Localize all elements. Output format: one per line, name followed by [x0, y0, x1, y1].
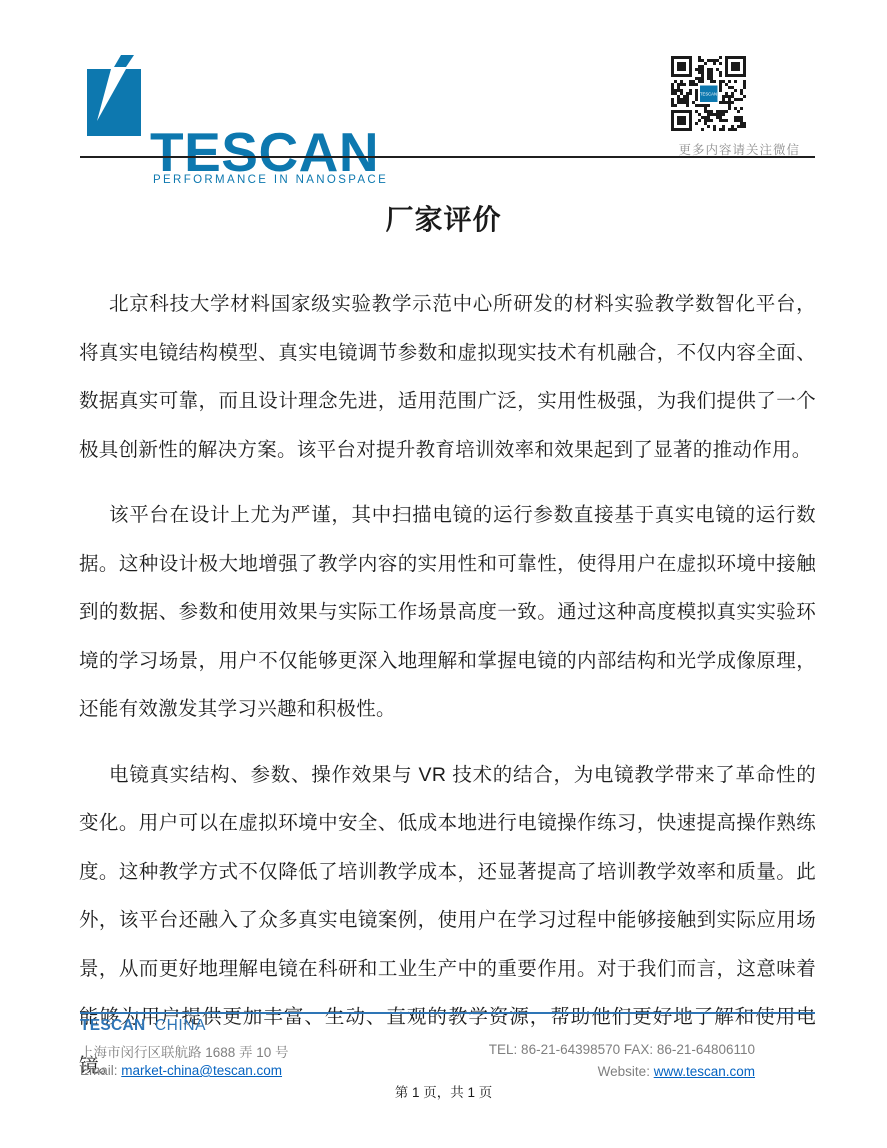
paragraph-3: 电镜真实结构、参数、操作效果与 VR 技术的结合，为电镜教学带来了革命性的变化。… [79, 751, 816, 1091]
qr-badge-text: TESCAN [700, 92, 717, 97]
footer-company-suffix: CHINA [155, 1017, 206, 1034]
paragraph-1: 北京科技大学材料国家级实验教学示范中心所研发的材料实验教学数智化平台，将真实电镜… [79, 280, 816, 474]
header-divider [80, 156, 815, 158]
footer-address: 上海市闵行区联航路 1688 弄 10 号 [80, 1041, 289, 1061]
wechat-qr-code: TESCAN [671, 56, 746, 131]
logo-tagline: PERFORMANCE IN NANOSPACE [153, 174, 388, 186]
website-label: Website: [598, 1064, 654, 1079]
email-link[interactable]: market-china@tescan.com [121, 1063, 282, 1078]
footer-website-row: Website: www.tescan.com [598, 1064, 755, 1079]
document-body: 北京科技大学材料国家级实验教学示范中心所研发的材料实验教学数智化平台，将真实电镜… [79, 280, 816, 1107]
tescan-logo-mark-icon [87, 55, 142, 136]
email-label: Email: [80, 1063, 121, 1078]
footer-email-row: Email: market-china@tescan.com [80, 1063, 282, 1078]
tescan-logo: TESCAN PERFORMANCE IN NANOSPACE [87, 55, 397, 136]
footer-company: TESCAN CHINA [80, 1017, 206, 1035]
page-number: 第 1 页，共 1 页 [0, 1081, 887, 1101]
footer-divider [80, 1012, 815, 1014]
footer-company-brand: TESCAN [80, 1017, 146, 1034]
footer-tel-fax: TEL: 86-21-64398570 FAX: 86-21-64806110 [489, 1042, 755, 1057]
document-page: TESCAN PERFORMANCE IN NANOSPACE TESCAN 更… [0, 0, 887, 1148]
logo-brand-text: TESCAN [150, 129, 379, 176]
website-link[interactable]: www.tescan.com [654, 1064, 755, 1079]
paragraph-2: 该平台在设计上尤为严谨，其中扫描电镜的运行参数直接基于真实电镜的运行数据。这种设… [79, 491, 816, 734]
page-title: 厂家评价 [0, 198, 887, 238]
